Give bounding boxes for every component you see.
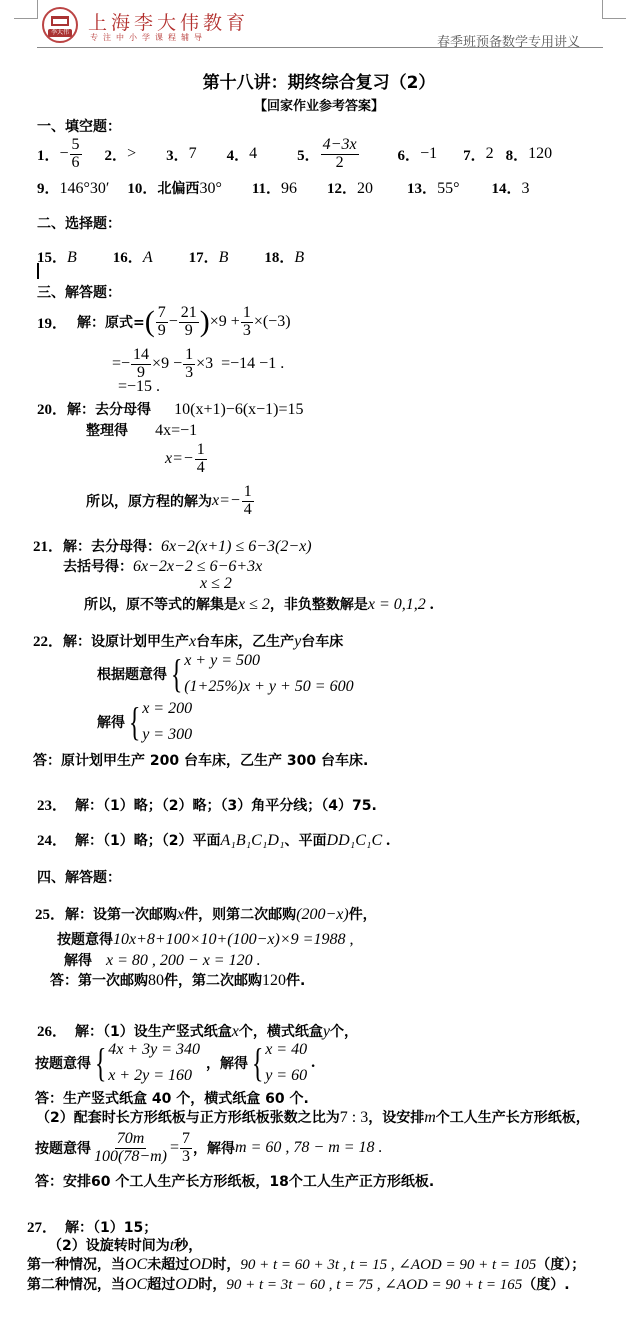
paren: (: [145, 307, 155, 337]
step-label: 按题意得: [35, 1138, 91, 1158]
question-number: 27．: [27, 1220, 57, 1236]
answer-value: B: [294, 249, 304, 266]
variable: m: [424, 1109, 436, 1126]
page-title: 第十八讲：期终综合复习（2）: [0, 68, 638, 93]
text: 件，: [349, 907, 377, 923]
question-number: 19．: [37, 312, 67, 333]
equation: m = 60 , 78 − m = 18 .: [235, 1139, 383, 1157]
answer-number: 4．: [227, 144, 250, 165]
page-corner-mark: [602, 18, 626, 19]
equation: 90 + t = 60 + 3t , t = 15 , ∠AOD = 90 + …: [240, 1257, 536, 1273]
answer-value: 120: [528, 145, 552, 163]
section-heading: 二、选择题：: [37, 213, 121, 233]
q20-line-2: 整理得 4x=−1: [86, 420, 197, 440]
question-number: 20．: [37, 402, 67, 418]
unit: （度）；: [536, 1257, 585, 1273]
page-subtitle: 【回家作业参考答案】: [0, 95, 638, 114]
question-number: 22．: [33, 634, 63, 650]
house-icon: [51, 16, 69, 26]
answer-value: 北偏西: [157, 181, 199, 197]
q20-line-1: 20．解：去分母得 10(x+1)−6(x−1)=15: [37, 398, 304, 419]
inequality: 6x−2(x+1) ≤ 6−3(2−x): [161, 538, 312, 555]
left-brace: {: [129, 702, 141, 742]
step-label: ，解得: [193, 1138, 235, 1158]
q27-line-3: 第一种情况，当OC未超过OD时，90 + t = 60 + 3t , t = 1…: [27, 1254, 585, 1274]
text: （2）设旋转时间为: [48, 1238, 170, 1254]
text: 件，则第二次邮购: [184, 907, 296, 923]
answer-value: B: [219, 249, 229, 266]
question-number: 26．: [37, 1024, 67, 1040]
equation-system: x = 200y = 300: [142, 696, 192, 747]
step-label: ，解得: [206, 1053, 248, 1073]
equation-system: x = 40y = 60: [265, 1037, 307, 1088]
answer-text: 件.: [286, 973, 305, 989]
answer-number: 16．: [113, 250, 143, 266]
step-label: 解得: [64, 953, 92, 969]
answer-number: 1．: [37, 144, 60, 165]
answer-value: 7: [189, 145, 197, 163]
equation-system: x + y = 500(1+25%)x + y + 50 = 600: [184, 648, 353, 699]
expression: =−: [112, 355, 130, 373]
q27-line-4: 第二种情况，当OC超过OD时，90 + t = 3t − 60 , t = 75…: [27, 1274, 570, 1294]
step-label: 去括号得：: [63, 559, 133, 575]
equation-system: 4x + 3y = 340x + 2y = 160: [108, 1037, 200, 1088]
ray-name: OC: [125, 1256, 147, 1273]
step-label: 整理得: [86, 423, 128, 439]
text: （2）配套时长方形纸板与正方形纸板张数之比为: [36, 1110, 340, 1126]
answer-value: 30°: [199, 180, 221, 197]
answer-number: 13．: [407, 181, 437, 197]
operator: =: [170, 1139, 179, 1157]
period: .: [382, 832, 390, 849]
step-label: 解：去分母得：: [63, 539, 161, 555]
q22-system-1: 根据题意得 { x + y = 500(1+25%)x + y + 50 = 6…: [97, 652, 354, 696]
period: .: [426, 596, 434, 613]
fraction: 13: [183, 347, 195, 382]
answer-number: 5．: [297, 144, 320, 165]
fill-answers-row-2: 9．146°30′ 10．北偏西30° 11．96 12．20 13．55° 1…: [37, 177, 529, 198]
ray-name: OD: [175, 1276, 198, 1293]
text: ，设安排: [368, 1110, 424, 1126]
answer-number: 15．: [37, 250, 67, 266]
step-label: 解得: [97, 712, 125, 732]
conclusion-label: 所以，原方程的解为: [86, 491, 212, 511]
brand-slogan: 专注中小学课程辅导: [90, 32, 207, 43]
inequality: x ≤ 2: [238, 596, 270, 613]
fraction: 13: [241, 305, 253, 340]
answer-value: 96: [281, 180, 297, 197]
section-heading: 三、解答题：: [37, 282, 121, 302]
answer-number: 10．: [127, 181, 157, 197]
question-number: 23．: [37, 798, 67, 814]
fill-answers-row-1: 1． −56 2． > 3． 7 4． 4 5． 4−3x2 6． −1 7． …: [37, 133, 552, 175]
answer-value: −56: [60, 137, 83, 172]
q21-line-2: 去括号得：6x−2x−2 ≤ 6−6+3x: [63, 556, 262, 576]
q19-line-3: =−15 .: [118, 378, 160, 396]
solution-set: x = 0,1,2: [368, 596, 426, 613]
header-divider: [37, 47, 603, 48]
answer-text: 解：（1）略；（2）略；（3）角平分线；（4）75.: [75, 798, 377, 814]
question-number: 21．: [33, 539, 63, 555]
text: 超过: [147, 1277, 175, 1293]
expression: ×3 =−14 −1 .: [196, 355, 284, 373]
page-corner-mark: [602, 0, 603, 18]
answer-text: 、平面: [285, 833, 327, 849]
q24-line: 24．解：（1）略；（2）平面A₁B₁C₁D₁、平面DD₁C₁C .: [37, 829, 390, 850]
equation: 90 + t = 3t − 60 , t = 75 , ∠AOD = 90 + …: [226, 1277, 522, 1293]
operator: −: [169, 313, 178, 331]
answer-value: 80: [148, 972, 164, 989]
answer-text: 件，第二次邮购: [164, 973, 262, 989]
q26-systems: 按题意得 { 4x + 3y = 340x + 2y = 160 ，解得 { x…: [35, 1040, 315, 1086]
solution-label: 解：原式=: [77, 312, 145, 332]
answer-value: B: [67, 249, 77, 266]
brand-name: 上海李大伟教育: [88, 8, 249, 35]
answer-value: 4: [249, 145, 257, 163]
expression: ×(−3): [254, 313, 291, 331]
fraction: 73: [180, 1131, 192, 1166]
answer-value: 2: [486, 145, 494, 163]
equation: x=−: [165, 450, 194, 468]
text: 时，: [198, 1277, 226, 1293]
q25-line-3: 解得x = 80 , 200 − x = 120 .: [64, 950, 261, 970]
text: 解：设原计划甲生产: [63, 634, 189, 650]
q22-answer: 答：原计划甲生产 200 台车床，乙生产 300 台车床.: [33, 750, 368, 770]
q20-line-4: 所以，原方程的解为 x=− 14: [86, 482, 255, 520]
plane-name: DD₁C₁C: [327, 832, 383, 849]
answer-value: >: [127, 145, 136, 163]
answer-value: 146°30′: [60, 180, 110, 197]
q25-answer: 答：第一次邮购80件，第二次邮购120件.: [50, 970, 305, 990]
answer-number: 14．: [491, 181, 521, 197]
ratio: 7 : 3: [340, 1109, 368, 1126]
answer-value: 120: [262, 972, 286, 989]
expression: ×9 −: [152, 355, 182, 373]
answer-number: 7．: [463, 144, 486, 165]
fraction: 219: [179, 305, 199, 340]
answer-text: 答：第一次邮购: [50, 973, 148, 989]
variable: x: [232, 1023, 239, 1040]
equation: 10(x+1)−6(x−1)=15: [174, 401, 303, 418]
answer-value: −1: [420, 145, 437, 163]
equation: 10x+8+100×10+(100−x)×9 =1988 ,: [113, 931, 353, 948]
text: 秒，: [174, 1238, 202, 1254]
step-label: 按题意得: [57, 932, 113, 948]
q20-line-3: x=− 14: [165, 440, 208, 478]
unit: （度）.: [522, 1277, 569, 1293]
equation: x = 80 , 200 − x = 120 .: [106, 952, 261, 969]
ray-name: OC: [125, 1276, 147, 1293]
expression: (200−x): [296, 906, 349, 923]
answer-number: 2．: [105, 144, 128, 165]
inequality: 6x−2x−2 ≤ 6−6+3x: [133, 558, 262, 575]
school-logo-icon: 李大伟: [42, 7, 78, 43]
equation: x=−: [212, 492, 241, 510]
page-corner-mark: [37, 0, 38, 18]
text-cursor: [37, 263, 39, 279]
text: 个工人生产长方形纸板，: [436, 1110, 590, 1126]
conclusion-label: 所以，原不等式的解集是: [84, 597, 238, 613]
q27-line-1: 27．解：（1）15；: [27, 1216, 157, 1237]
answer-number: 18．: [264, 250, 294, 266]
left-brace: {: [252, 1043, 264, 1083]
section-heading: 四、解答题：: [37, 867, 121, 887]
fraction: 14: [195, 442, 207, 477]
answer-value: A: [143, 249, 153, 266]
choice-answers-row: 15．B 16．A 17．B 18．B: [37, 246, 304, 267]
q26-answer-2: 答：安排60 个工人生产长方形纸板，18个工人生产正方形纸板.: [35, 1171, 434, 1191]
question-number: 25．: [35, 907, 65, 923]
left-brace: {: [95, 1043, 107, 1083]
answer-number: 17．: [189, 250, 219, 266]
answer-number: 11．: [252, 181, 281, 197]
q27-line-2: （2）设旋转时间为t秒，: [48, 1235, 202, 1255]
q26-part-2: （2）配套时长方形纸板与正方形纸板张数之比为7 : 3，设安排m个工人生产长方形…: [36, 1107, 590, 1127]
text: 第二种情况，当: [27, 1277, 125, 1293]
expression: ×9 +: [210, 313, 240, 331]
paren: ): [200, 307, 210, 337]
text: 解：设第一次邮购: [65, 907, 177, 923]
ray-name: OD: [189, 1256, 212, 1273]
answer-number: 12．: [327, 181, 357, 197]
left-brace: {: [171, 654, 183, 694]
q19-line-1: 19． 解：原式= ( 79 − 219 ) ×9 + 13 ×(−3): [37, 302, 291, 342]
variable: y: [323, 1023, 330, 1040]
conclusion-label: ，非负整数解是: [270, 597, 368, 613]
question-number: 24．: [37, 833, 67, 849]
q21-line-4: 所以，原不等式的解集是x ≤ 2，非负整数解是x = 0,1,2 .: [84, 594, 434, 614]
q23-line: 23．解：（1）略；（2）略；（3）角平分线；（4）75.: [37, 794, 377, 815]
logo-tag: 李大伟: [48, 29, 72, 37]
step-label: 根据题意得: [97, 664, 167, 684]
q22-system-2: 解得 { x = 200y = 300: [97, 700, 192, 744]
answer-value: 3: [521, 180, 529, 197]
answer-text: 解：（1）略；（2）平面: [75, 833, 220, 849]
text: 第一种情况，当: [27, 1257, 125, 1273]
step-label: 解：去分母得: [67, 402, 151, 418]
q21-line-3: x ≤ 2: [200, 575, 232, 593]
fraction: 149: [131, 347, 151, 382]
fraction: 79: [156, 305, 168, 340]
answer-number: 9．: [37, 181, 60, 197]
page-corner-mark: [14, 18, 38, 19]
answer-value: 20: [357, 180, 373, 197]
fraction: 14: [242, 484, 254, 519]
fraction: 70m100(78−m): [92, 1131, 169, 1166]
period: .: [311, 1054, 315, 1072]
step-label: 按题意得: [35, 1053, 91, 1073]
plane-name: A₁B₁C₁D₁: [221, 832, 285, 849]
q25-line-2: 按题意得10x+8+100×10+(100−x)×9 =1988 ,: [57, 929, 353, 949]
q26-answer-1: 答：生产竖式纸盒 40 个，横式纸盒 60 个.: [35, 1088, 309, 1108]
text: 个，: [330, 1024, 358, 1040]
q21-line-1: 21．解：去分母得：6x−2(x+1) ≤ 6−3(2−x): [33, 535, 312, 556]
q25-line-1: 25．解：设第一次邮购x件，则第二次邮购(200−x)件，: [35, 903, 377, 924]
answer-number: 6．: [398, 144, 421, 165]
answer-number: 8．: [506, 144, 529, 165]
q26-line-4: 按题意得 70m100(78−m) = 73 ，解得 m = 60 , 78 −…: [35, 1126, 383, 1170]
text: 时，: [212, 1257, 240, 1273]
answer-number: 3．: [166, 144, 189, 165]
equation: 4x=−1: [155, 422, 197, 439]
answer-value: 4−3x2: [321, 137, 359, 172]
text: 未超过: [147, 1257, 189, 1273]
answer-text: 解：（1）15；: [65, 1220, 157, 1236]
answer-value: 55°: [437, 180, 459, 197]
